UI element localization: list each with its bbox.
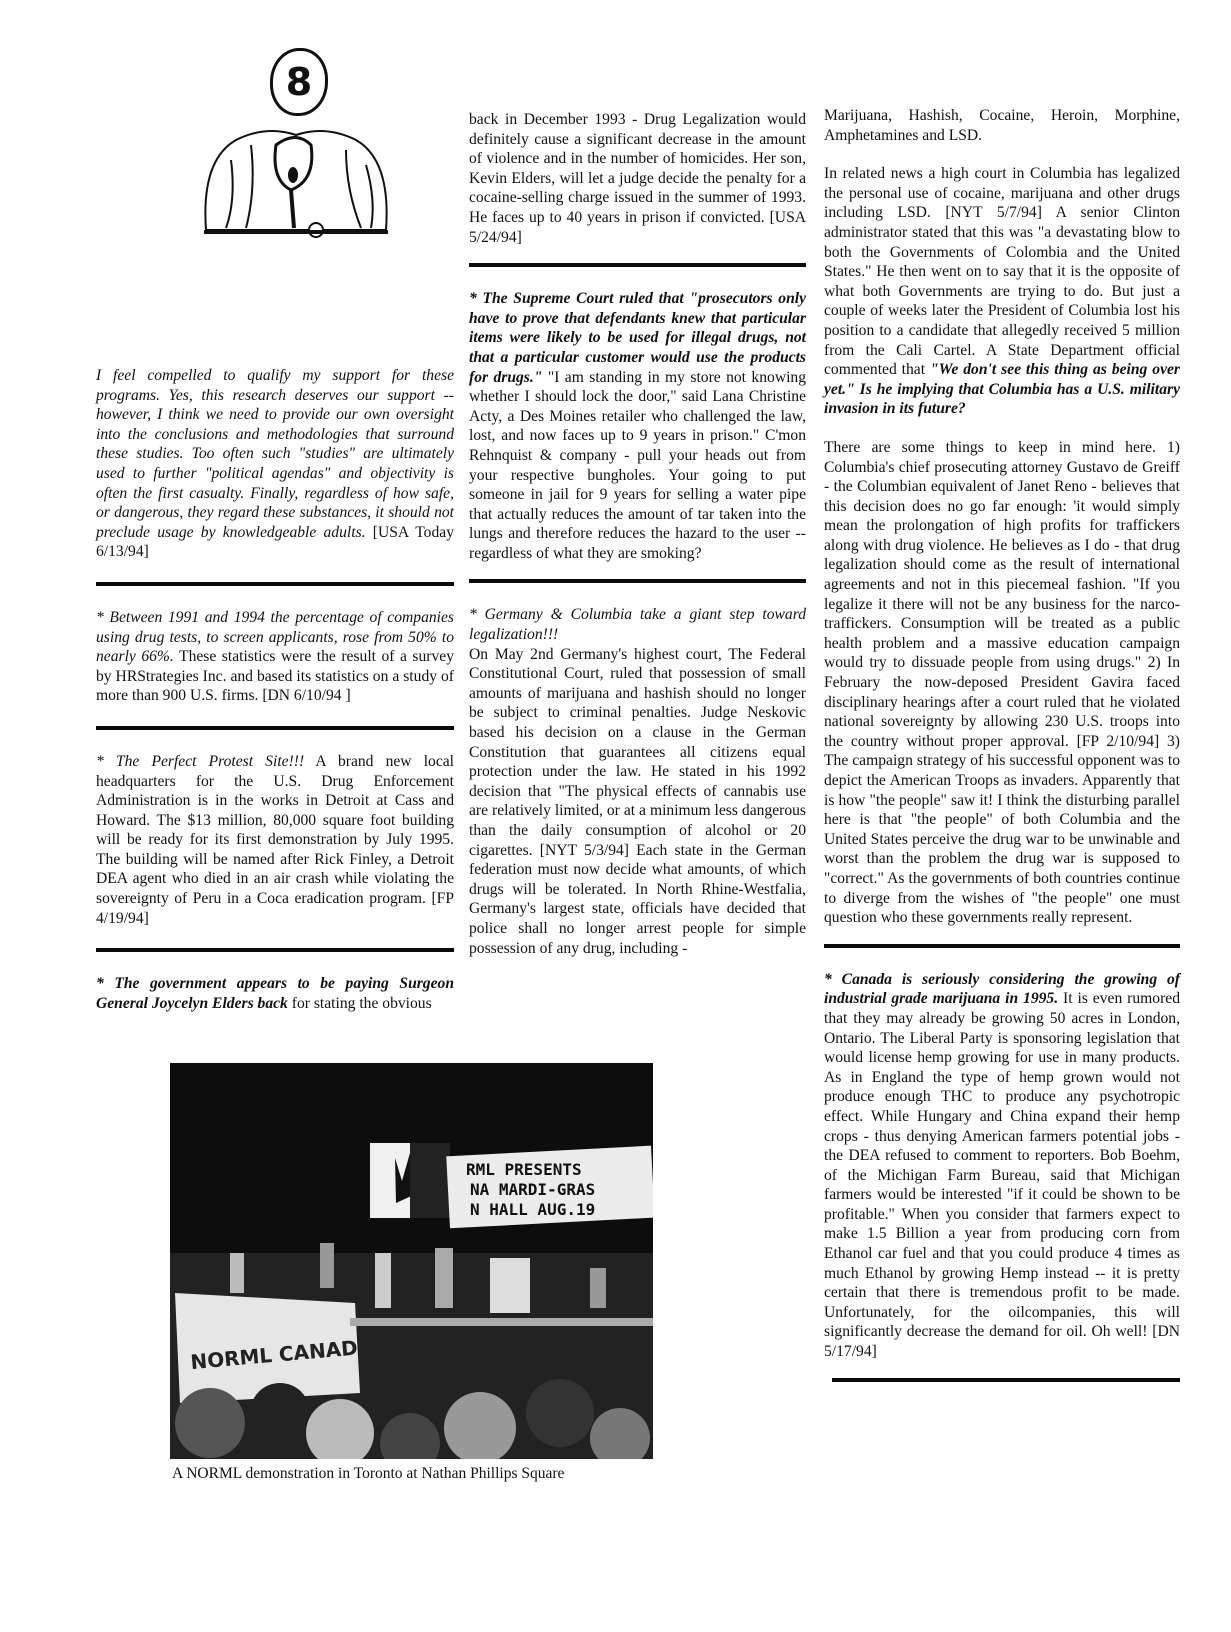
columbia-paragraph: In related news a high court in Columbia… [824,164,1180,419]
page-number-text: 8 [286,60,312,104]
middle-column: back in December 1993 - Drug Legalizatio… [469,110,806,958]
divider [96,948,454,952]
banner-text-2: NA MARDI-GRAS [470,1180,595,1199]
supreme-court-body: "I am standing in my store not knowing w… [469,369,806,562]
protest-item: * The Perfect Protest Site!!! A brand ne… [96,752,454,928]
divider [824,944,1180,948]
surgeon-body: for stating the obvious [288,995,432,1012]
protest-body: A brand new local headquarters for the U… [96,753,454,927]
drug-tests-item: * Between 1991 and 1994 the percentage o… [96,608,454,706]
cartoon-illustration [196,120,396,240]
demonstration-photo: RML PRESENTS NA MARDI-GRAS N HALL AUG.19… [170,1063,653,1459]
protest-headline: * The Perfect Protest Site!!! [96,753,304,770]
drug-list: Marijuana, Hashish, Cocaine, Heroin, Mor… [824,106,1180,145]
surgeon-item: * The government appears to be paying Su… [96,974,454,1013]
photo-caption: A NORML demonstration in Toronto at Nath… [172,1465,564,1483]
banner-text-1: RML PRESENTS [466,1160,582,1179]
columbia-body: In related news a high court in Columbia… [824,165,1180,378]
divider [96,582,454,586]
germany-headline: * Germany & Columbia take a giant step t… [469,605,806,644]
divider [96,726,454,730]
divider [469,579,806,583]
keep-in-mind-paragraph: There are some things to keep in mind he… [824,438,1180,928]
left-column: I feel compelled to qualify my support f… [96,366,454,1013]
germany-body: On May 2nd Germany's highest court, The … [469,645,806,959]
photo-scene: RML PRESENTS NA MARDI-GRAS N HALL AUG.19… [170,1063,653,1459]
divider [469,263,806,267]
intro-paragraph: I feel compelled to qualify my support f… [96,366,454,562]
banner-text-3: N HALL AUG.19 [470,1200,595,1219]
intro-text: I feel compelled to qualify my support f… [96,367,454,541]
elders-continuation: back in December 1993 - Drug Legalizatio… [469,110,806,247]
canada-item: * Canada is seriously considering the gr… [824,970,1180,1362]
right-column: Marijuana, Hashish, Cocaine, Heroin, Mor… [824,106,1180,1404]
page-number: 8 [270,48,328,116]
divider [832,1378,1180,1382]
supreme-court-item: * The Supreme Court ruled that "prosecut… [469,289,806,563]
canada-body: It is even rumored that they may already… [824,990,1180,1360]
